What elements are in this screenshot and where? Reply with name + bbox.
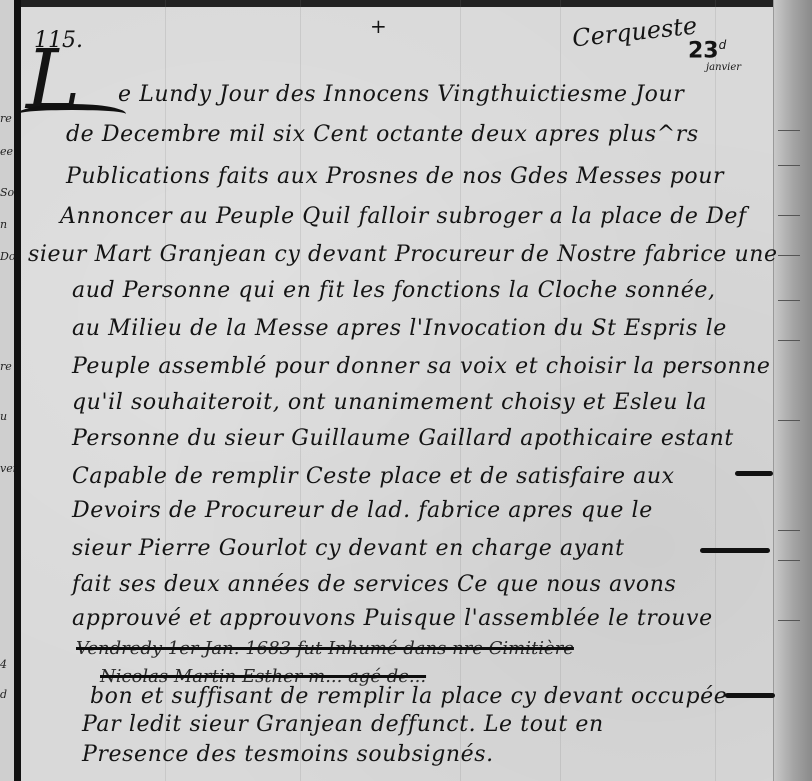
text-line: de Decembre mil six Cent octante deux ap… [66,124,699,146]
margin-fragment: ee [0,145,14,158]
text-line: Annoncer au Peuple Quil falloir subroger… [60,206,747,228]
text-line: Par ledit sieur Granjean deffunct. Le to… [82,714,604,736]
line-end-flourish [700,548,770,553]
text-line: e Lundy Jour des Innocens Vingthuictiesm… [118,84,684,106]
margin-fragment: re [0,360,14,373]
bound-edge [773,0,812,781]
text-line: Devoirs de Procureur de lad. fabrice apr… [72,500,653,522]
text-line: sieur Pierre Gourlot cy devant en charge… [72,538,625,560]
margin-fragment: 4 [0,658,14,671]
text-line: sieur Mart Granjean cy devant Procureur … [28,244,778,266]
margin-fragment: Do [0,250,14,263]
marginal-annotation-month: janvier [706,62,741,73]
marginal-annotation-date: 23d [688,38,726,63]
scan-top-edge [0,0,812,7]
cross-icon: + [370,14,387,38]
left-margin: re ee So n Do re u vei 4 d [0,0,14,781]
margin-fragment: So [0,186,14,199]
margin-fragment: vei [0,462,14,475]
text-line: fait ses deux années de services Ce que … [72,574,676,596]
text-line: Peuple assemblé pour donner sa voix et c… [72,356,770,378]
marginal-annotation-name: Cerqueste [571,12,698,53]
text-line: bon et suffisant de remplir la place cy … [90,686,727,708]
text-line: Capable de remplir Ceste place et de sat… [72,466,675,488]
text-line: au Milieu de la Messe apres l'Invocation… [72,318,727,340]
margin-fragment: d [0,688,14,701]
paper-ruling [715,0,716,781]
text-line: aud Personne qui en fit les fonctions la… [72,280,716,302]
text-line: Publications faits aux Prosnes de nos Gd… [66,166,724,188]
text-line: Personne du sieur Guillaume Gaillard apo… [72,428,734,450]
text-line: approuvé et approuvons Puisque l'assembl… [72,608,713,630]
margin-fragment: u [0,410,14,423]
margin-fragment: n [0,218,14,231]
margin-fragment: re [0,112,14,125]
line-end-flourish [725,693,775,698]
line-end-flourish [735,471,773,476]
drop-cap-flourish [18,104,126,124]
struck-through-line: Vendredy 1er Jan. 1683 fut Inhumé dans n… [76,640,574,658]
text-line: Presence des tesmoins soubsignés. [82,744,494,766]
text-line: qu'il souhaiteroit, ont unanimement choi… [72,392,707,414]
register-page: re ee So n Do re u vei 4 d 115. + Cerque… [0,0,812,781]
